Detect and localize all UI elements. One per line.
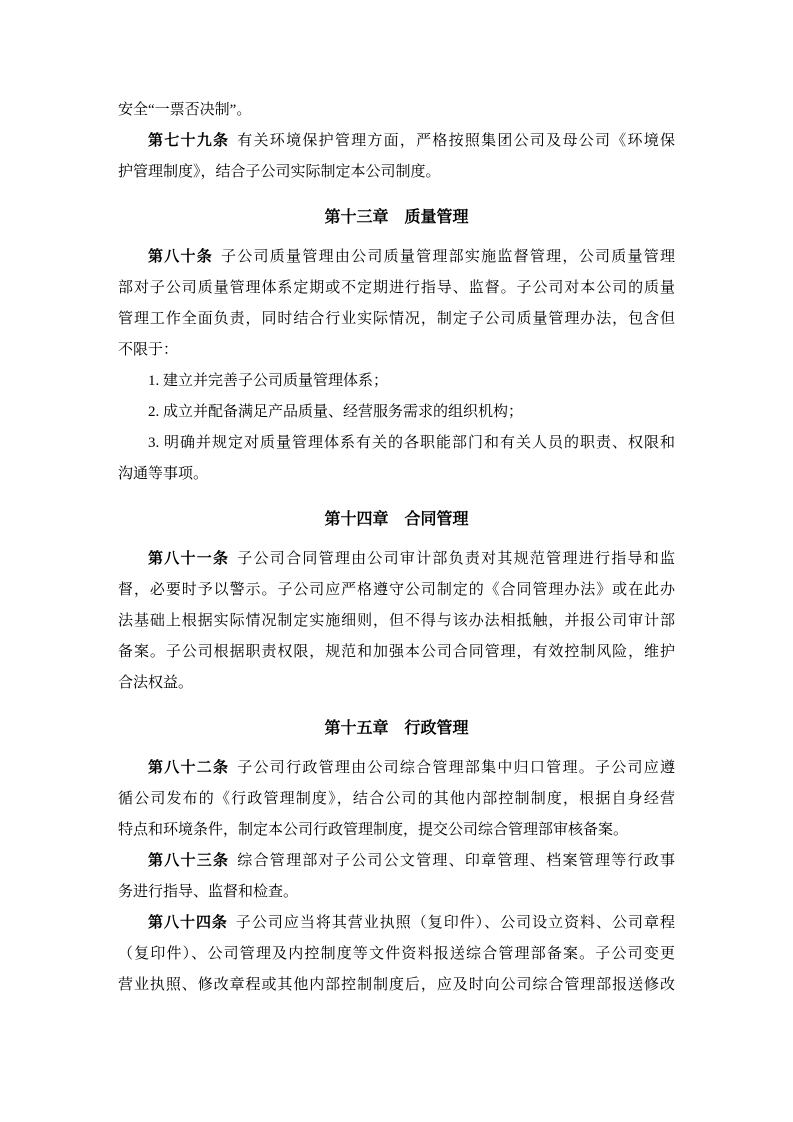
text-line: 特点和环境条件，制定本公司行政管理制度，提交公司综合管理部审核备案。 <box>118 815 675 846</box>
text-line: 管理工作全面负责，同时结合行业实际情况，制定子公司质量管理办法，包含但 <box>118 304 675 335</box>
chapter-heading: 第十三章 质量管理 <box>118 202 675 233</box>
document-page: 安全“一票否决制”。第七十九条有关环境保护管理方面，严格按照集团公司及母公司《环… <box>0 0 793 1122</box>
article-number: 第七十九条 <box>148 133 229 149</box>
text-line: 循公司发布的《行政管理制度》，结合公司的其他内部控制制度，根据自身经营 <box>118 784 675 815</box>
document-body: 安全“一票否决制”。第七十九条有关环境保护管理方面，严格按照集团公司及母公司《环… <box>118 95 675 1001</box>
article-number: 第八十二条 <box>148 760 229 776</box>
text-line: 第七十九条有关环境保护管理方面，严格按照集团公司及母公司《环境保 <box>118 126 675 157</box>
text-line: 第八十一条子公司合同管理由公司审计部负责对其规范管理进行指导和监 <box>118 544 675 575</box>
text-line: 3. 明确并规定对质量管理体系有关的各职能部门和有关人员的职责、权限和 <box>118 428 675 459</box>
text-line: 第八十三条综合管理部对子公司公文管理、印章管理、档案管理等行政事 <box>118 846 675 877</box>
text-line: 沟通等事项。 <box>118 459 675 490</box>
text-line: 护管理制度》，结合子公司实际制定本公司制度。 <box>118 157 675 188</box>
article-number: 第八十一条 <box>148 551 229 567</box>
text-line: 2. 成立并配备满足产品质量、经营服务需求的组织机构； <box>118 397 675 428</box>
text-line: 营业执照、修改章程或其他内部控制制度后，应及时向公司综合管理部报送修改 <box>118 970 675 1001</box>
text-line: 1. 建立并完善子公司质量管理体系； <box>118 366 675 397</box>
article-number: 第八十三条 <box>148 853 229 869</box>
chapter-heading: 第十五章 行政管理 <box>118 713 675 744</box>
text-line: 务进行指导、监督和检查。 <box>118 877 675 908</box>
text-line: 法基础上根据实际情况制定实施细则，但不得与该办法相抵触，并报公司审计部 <box>118 606 675 637</box>
text-line: 备案。子公司根据职责权限，规范和加强本公司合同管理，有效控制风险，维护 <box>118 637 675 668</box>
article-number: 第八十条 <box>148 249 213 265</box>
text-line: 督，必要时予以警示。子公司应严格遵守公司制定的《合同管理办法》或在此办 <box>118 575 675 606</box>
text-line: 部对子公司质量管理体系定期或不定期进行指导、监督。子公司对本公司的质量 <box>118 273 675 304</box>
text-line: 不限于： <box>118 335 675 366</box>
text-line: 第八十二条子公司行政管理由公司综合管理部集中归口管理。子公司应遵 <box>118 753 675 784</box>
text-line: 安全“一票否决制”。 <box>118 95 675 126</box>
text-line: （复印件）、公司管理及内控制度等文件资料报送综合管理部备案。子公司变更 <box>118 939 675 970</box>
text-line: 合法权益。 <box>118 668 675 699</box>
chapter-heading: 第十四章 合同管理 <box>118 504 675 535</box>
article-number: 第八十四条 <box>148 915 228 931</box>
text-line: 第八十条子公司质量管理由公司质量管理部实施监督管理，公司质量管理 <box>118 242 675 273</box>
text-line: 第八十四条子公司应当将其营业执照（复印件）、公司设立资料、公司章程 <box>118 908 675 939</box>
